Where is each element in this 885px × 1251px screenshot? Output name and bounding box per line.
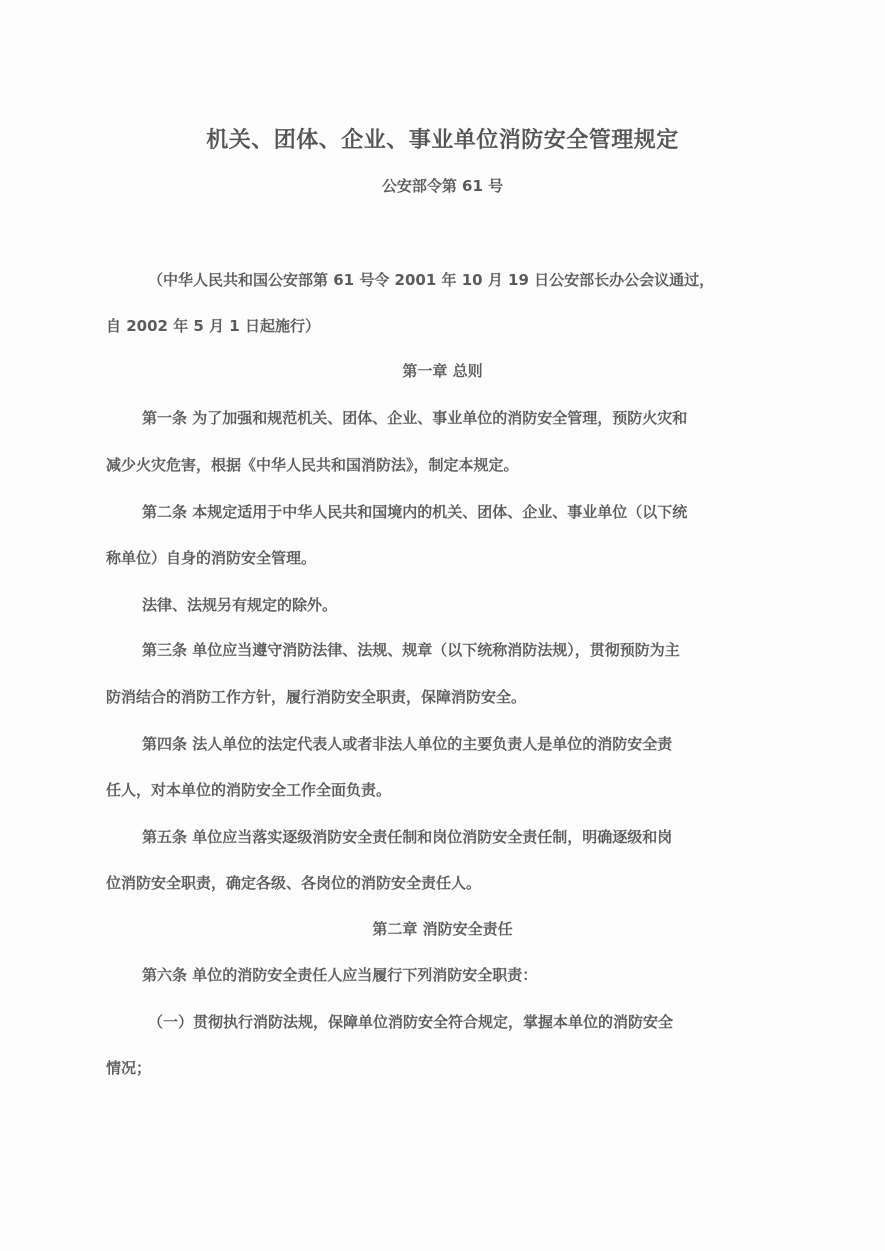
article-4-line-2: 任人，对本单位的消防安全工作全面负责。: [106, 779, 786, 801]
article-6-item-1-line-1: （一）贯彻执行消防法规，保障单位消防安全符合规定，掌握本单位的消防安全: [148, 1011, 828, 1033]
article-5-line-1: 第五条 单位应当落实逐级消防安全责任制和岗位消防安全责任制，明确逐级和岗: [142, 826, 822, 848]
preamble-line-1: （中华人民共和国公安部第 61 号令 2001 年 10 月 19 日公安部长办…: [148, 269, 828, 291]
article-4-line-1: 第四条 法人单位的法定代表人或者非法人单位的主要负责人是单位的消防安全责: [142, 733, 822, 755]
document-page: 机关、团体、企业、事业单位消防安全管理规定 公安部令第 61 号 （中华人民共和…: [0, 0, 885, 1251]
document-title: 机关、团体、企业、事业单位消防安全管理规定: [0, 124, 885, 158]
preamble-line-2: 自 2002 年 5 月 1 日起施行）: [106, 315, 786, 337]
document-subtitle: 公安部令第 61 号: [0, 174, 885, 198]
article-1-line-2: 减少火灾危害，根据《中华人民共和国消防法》，制定本规定。: [106, 454, 786, 476]
article-3-line-1: 第三条 单位应当遵守消防法律、法规、规章（以下统称消防法规），贯彻预防为主: [142, 639, 822, 661]
article-1-line-1: 第一条 为了加强和规范机关、团体、企业、事业单位的消防安全管理，预防火灾和: [142, 407, 822, 429]
article-2-line-2: 称单位）自身的消防安全管理。: [106, 547, 786, 569]
chapter-1-heading: 第一章 总则: [0, 360, 885, 382]
article-5-line-2: 位消防安全职责，确定各级、各岗位的消防安全责任人。: [106, 872, 786, 894]
chapter-2-heading: 第二章 消防安全责任: [0, 918, 885, 940]
article-2-line-3: 法律、法规另有规定的除外。: [142, 594, 822, 616]
article-2-line-1: 第二条 本规定适用于中华人民共和国境内的机关、团体、企业、事业单位（以下统: [142, 501, 822, 523]
article-6-item-1-line-2: 情况；: [106, 1057, 786, 1079]
article-3-line-2: 防消结合的消防工作方针，履行消防安全职责，保障消防安全。: [106, 686, 786, 708]
article-6-line-1: 第六条 单位的消防安全责任人应当履行下列消防安全职责：: [142, 964, 822, 986]
